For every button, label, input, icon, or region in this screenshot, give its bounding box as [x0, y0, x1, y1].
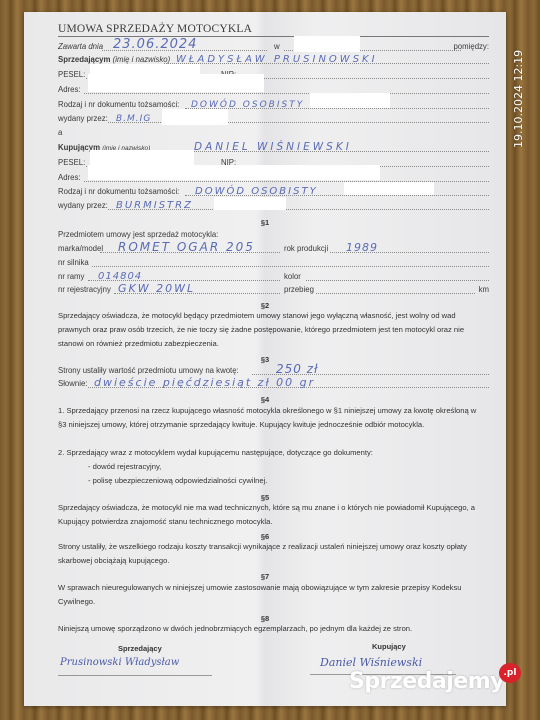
seller-signature-line [58, 675, 212, 676]
redacted-place [294, 36, 360, 52]
seller-issued-value: B.M.IG [116, 114, 151, 124]
redacted-seller-address [88, 74, 264, 92]
price-words-value: dwieście pięćdziesiąt zł 00 gr [94, 376, 315, 389]
buyer-id-row: Rodzaj i nr dokumentu tożsamości: DOWÓD … [58, 184, 489, 198]
buyer-issued-label: wydany przez: [58, 201, 108, 210]
contract-paper: UMOWA SPRZEDAŻY MOTOCYKLA Zawarta dnia 2… [24, 12, 506, 706]
seller-label: Sprzedającym [58, 55, 110, 64]
section-4-doc-2: - polisę ubezpieczeniową odpowiedzialnoś… [88, 474, 482, 488]
buyer-signature: Daniel Wiśniewski [320, 656, 422, 669]
and-row: a [58, 125, 489, 139]
color-label: kolor [284, 272, 301, 281]
section-7-text: W sprawach nieuregulowanych w niniejszej… [58, 581, 482, 609]
seller-id-row: Rodzaj i nr dokumentu tożsamości: DOWÓD … [58, 97, 489, 111]
make-model-value: ROMET OGAR 205 [118, 240, 255, 254]
section-4-doc-1: - dowód rejestracyjny, [88, 460, 482, 474]
seller-address-row: Adres: [58, 82, 489, 96]
redacted-seller-issuer [162, 109, 228, 125]
watermark-logo: Sprzedajemy [349, 669, 504, 694]
registration-label: nr rejestracyjny [58, 285, 111, 294]
mileage-label: przebieg [284, 285, 314, 294]
s1-intro-row: Przedmiotem umowy jest sprzedaż motocykl… [58, 227, 489, 241]
watermark-badge: .pl [499, 663, 521, 683]
seller-issued-label: wydany przez: [58, 114, 108, 123]
frame-color-row: nr ramy 014804 kolor [58, 269, 489, 283]
mileage-unit: km [479, 285, 489, 294]
frame-value: 014804 [98, 271, 142, 282]
place-label: w [274, 42, 280, 51]
redacted-buyer-issuer [214, 197, 286, 210]
seller-id-label: Rodzaj i nr dokumentu tożsamości: [58, 100, 179, 109]
date-value: 23.06.2024 [113, 37, 197, 52]
s1-intro: Przedmiotem umowy jest sprzedaż motocykl… [58, 230, 218, 239]
buyer-issued-value: BURMISTRZ [116, 200, 193, 211]
seller-address-label: Adres: [58, 85, 81, 94]
seller-hint: (imię i nazwisko) [113, 55, 171, 64]
section-6-text: Strony ustaliły, że wszelkiego rodzaju k… [58, 540, 482, 568]
seller-name-value: WŁADYSŁAW PRUSINOWSKI [176, 54, 378, 65]
seller-signature-label: Sprzedający [118, 644, 162, 653]
section-5-text: Sprzedający oświadcza, że motocykl nie m… [58, 501, 482, 529]
engine-label: nr silnika [58, 258, 89, 267]
seller-pesel-label: PESEL: [58, 70, 85, 79]
section-4-p1: 1. Sprzedający przenosi na rzecz kupując… [58, 404, 482, 432]
engine-row: nr silnika [58, 255, 489, 269]
section-1-heading: §1 [24, 218, 506, 227]
price-row: Strony ustaliły wartość przedmiotu umowy… [58, 363, 489, 377]
between-label: pomiędzy: [453, 42, 489, 51]
buyer-name-value: DANIEL WIŚNIEWSKI [194, 141, 352, 153]
buyer-pesel-label: PESEL: [58, 158, 85, 167]
year-label: rok produkcji [284, 244, 328, 253]
redacted-seller-id [310, 93, 390, 108]
and-label: a [58, 128, 62, 137]
price-value: 250 zł [276, 362, 318, 376]
redacted-buyer-id [344, 182, 434, 195]
make-model-row: marka/model ROMET OGAR 205 rok produkcji… [58, 241, 489, 255]
section-8-text: Niniejszą umowę sporządzono w dwóch jedn… [58, 622, 482, 636]
section-7-heading: §7 [24, 572, 506, 581]
frame-label: nr ramy [58, 272, 84, 281]
buyer-id-value: DOWÓD OSOBISTY [195, 186, 318, 197]
contract-date-row: Zawarta dnia 23.06.2024 w pomiędzy: [58, 39, 489, 53]
section-2-text: Sprzedający oświadcza, że motocykl będąc… [58, 309, 482, 351]
section-4-p2: 2. Sprzedający wraz z motocyklem wydał k… [58, 446, 482, 460]
buyer-issued-row: wydany przez: BURMISTRZ [58, 198, 489, 212]
registration-row: nr rejestracyjny GKW 20WL przebieg km [58, 282, 489, 296]
buyer-id-label: Rodzaj i nr dokumentu tożsamości: [58, 187, 179, 196]
date-label: Zawarta dnia [58, 42, 103, 51]
section-4-heading: §4 [24, 395, 506, 404]
document-title: UMOWA SPRZEDAŻY MOTOCYKLA [58, 23, 252, 35]
redacted-buyer-address [88, 165, 380, 180]
year-value: 1989 [346, 241, 378, 254]
make-model-label: marka/model [58, 244, 103, 253]
buyer-address-label: Adres: [58, 173, 81, 182]
seller-signature: Prusinowski Władysław [60, 657, 179, 668]
buyer-signature-label: Kupujący [372, 642, 406, 651]
price-words-label: Słownie: [58, 379, 87, 388]
registration-value: GKW 20WL [118, 282, 195, 295]
price-label: Strony ustaliły wartość przedmiotu umowy… [58, 366, 239, 375]
price-words-row: Słownie: dwieście pięćdziesiąt zł 00 gr [58, 376, 489, 390]
seller-issued-row: wydany przez: B.M.IG [58, 111, 489, 125]
photo-timestamp: 19.10.2024 12:19 [512, 50, 525, 148]
